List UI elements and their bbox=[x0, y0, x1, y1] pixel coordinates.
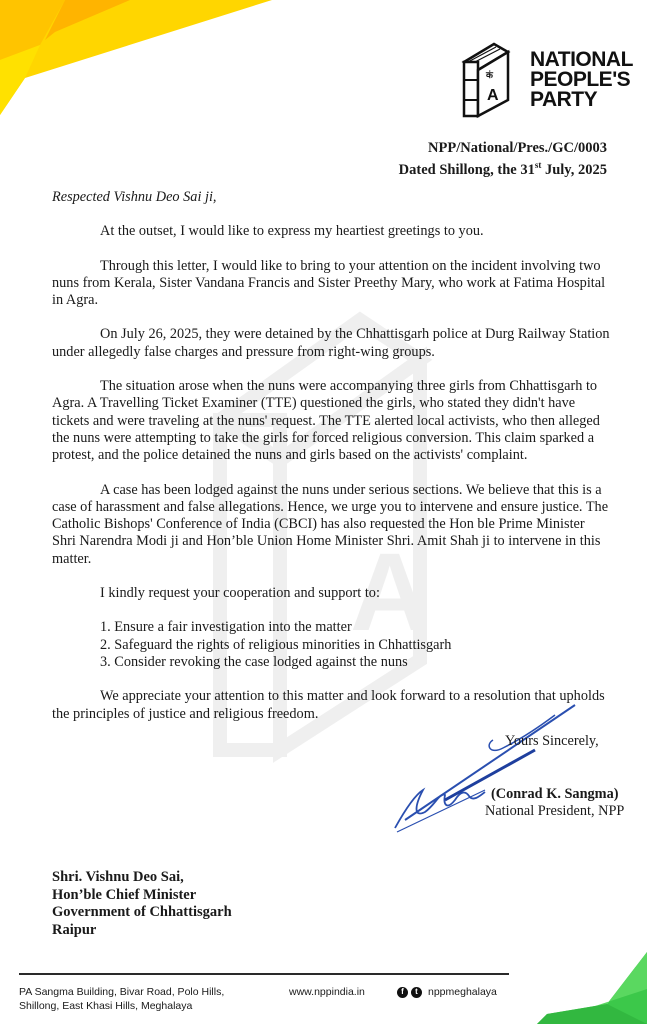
party-name-line: PARTY bbox=[530, 90, 633, 110]
book-icon: कं A bbox=[458, 40, 518, 120]
recipient-line: Shri. Vishnu Deo Sai, bbox=[52, 869, 232, 887]
paragraph: Through this letter, I would like to bri… bbox=[52, 258, 612, 310]
recipient-line: Government of Chhattisgarh bbox=[52, 904, 232, 922]
address-line: PA Sangma Building, Bivar Road, Polo Hil… bbox=[19, 985, 269, 999]
svg-text:कं: कं bbox=[485, 70, 494, 80]
signer-title: National President, NPP bbox=[485, 803, 624, 820]
paragraph: I kindly request your cooperation and su… bbox=[52, 585, 612, 602]
address-line: Shillong, East Khasi Hills, Meghalaya bbox=[19, 999, 269, 1013]
facebook-icon[interactable]: f bbox=[397, 987, 408, 998]
party-name-line: PEOPLE'S bbox=[530, 70, 633, 90]
reference-block: NPP/National/Pres./GC/0003 Dated Shillon… bbox=[399, 140, 607, 179]
party-name: NATIONAL PEOPLE'S PARTY bbox=[530, 50, 633, 110]
svg-text:A: A bbox=[487, 87, 499, 104]
dated-line: Dated Shillong, the 31st July, 2025 bbox=[399, 157, 607, 179]
request-item: 3. Consider revoking the case lodged aga… bbox=[100, 654, 612, 671]
twitter-icon[interactable]: t bbox=[411, 987, 422, 998]
paragraph: A case has been lodged against the nuns … bbox=[52, 482, 612, 568]
signer-name: (Conrad K. Sangma) bbox=[485, 786, 624, 803]
npp-logo: कं A NATIONAL PEOPLE'S PARTY bbox=[458, 40, 633, 120]
paragraph: On July 26, 2025, they were detained by … bbox=[52, 326, 612, 361]
social-links: f t nppmeghalaya bbox=[397, 985, 497, 999]
recipient-address: Shri. Vishnu Deo Sai, Hon’ble Chief Mini… bbox=[52, 869, 232, 939]
recipient-line: Hon’ble Chief Minister bbox=[52, 887, 232, 905]
request-item: 1. Ensure a fair investigation into the … bbox=[100, 619, 612, 636]
social-handle[interactable]: nppmeghalaya bbox=[428, 985, 497, 999]
reference-number: NPP/National/Pres./GC/0003 bbox=[399, 140, 607, 157]
footer-divider bbox=[19, 973, 509, 975]
paragraph: The situation arose when the nuns were a… bbox=[52, 378, 612, 464]
salutation: Respected Vishnu Deo Sai ji, bbox=[52, 189, 612, 206]
paragraph: At the outset, I would like to express m… bbox=[52, 223, 612, 240]
green-corner-decoration bbox=[537, 934, 647, 1024]
party-name-line: NATIONAL bbox=[530, 50, 633, 70]
request-item: 2. Safeguard the rights of religious min… bbox=[100, 637, 612, 654]
recipient-line: Raipur bbox=[52, 922, 232, 940]
website-link[interactable]: www.nppindia.in bbox=[289, 985, 365, 999]
closing: Yours Sincerely, bbox=[505, 733, 599, 750]
signer-block: (Conrad K. Sangma) National President, N… bbox=[485, 786, 624, 820]
request-list: 1. Ensure a fair investigation into the … bbox=[100, 619, 612, 671]
letter-body: Respected Vishnu Deo Sai ji, At the outs… bbox=[52, 189, 612, 740]
yellow-corner-decoration bbox=[0, 0, 280, 130]
footer-address: PA Sangma Building, Bivar Road, Polo Hil… bbox=[19, 985, 269, 1013]
